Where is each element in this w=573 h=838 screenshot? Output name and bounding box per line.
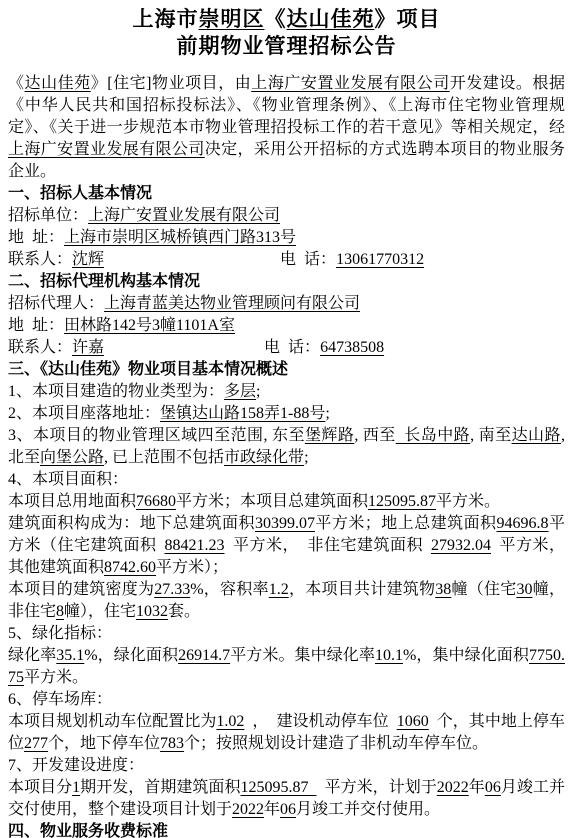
underlined-text: 1 [72, 779, 80, 796]
text-run: 平方米。 [24, 669, 88, 686]
underlined-text: 35.1 [56, 647, 84, 664]
underlined-text: 88421.23 [164, 537, 224, 554]
text-run: 平方米，计划于 [317, 779, 437, 796]
underlined-text: 277 [24, 735, 48, 752]
underlined-text: 市政绿化带 [224, 449, 304, 466]
paragraph: 3、本项目的物业管理区域四至范围, 东至堡辉路, 西至 长岛中路, 南至达山路,… [8, 425, 565, 469]
text-run: 平方米。 [436, 493, 500, 510]
document-body: 《达山佳苑》[住宅]物业项目，由上海广安置业发展有限公司开发建设。根据《中华人民… [8, 73, 565, 838]
text-run: 期开发，首期建筑面积 [80, 779, 240, 796]
text-run: 电 话： [280, 251, 336, 268]
text-run: 一、招标人基本情况 [8, 185, 152, 202]
underlined-text: 达山佳苑 [25, 75, 91, 92]
underlined-text: 8742.60 [104, 559, 156, 576]
text-run: 绿化率 [8, 647, 56, 664]
text-run: 幢（住宅 [451, 581, 516, 598]
underlined-text: 许嘉 [72, 339, 104, 356]
paragraph: 6、停车场库： [8, 689, 565, 711]
text-run: 6、停车场库： [8, 691, 112, 708]
text-run: 个，地下停车位 [48, 735, 160, 752]
text-run: 7、开发建设进度： [8, 757, 144, 774]
paragraph: 招标代理人：上海青蓝美达物业管理顾问有限公司 [8, 293, 565, 315]
text-run: 3、本项目的物业管理区域四至范围, 东至 [8, 427, 305, 444]
underlined-text: 达山路 [512, 427, 561, 444]
underlined-text: 30399.07 [255, 515, 315, 532]
section-heading: 三、《达山佳苑》物业项目基本情况概述 [8, 359, 565, 381]
paragraph: 本项目的建筑密度为27.33%，容积率1.2，本项目共计建筑物38幢（住宅30幢… [8, 579, 565, 623]
text-run: 本项目总用地面积 [8, 493, 136, 510]
text-run: 前期物业管理招标公告 [177, 34, 397, 58]
underlined-text: 64738508 [320, 339, 384, 356]
underlined-text: 125095.87 [368, 493, 436, 510]
underlined-text: 上海广安置业发展有限公司 [88, 207, 280, 224]
text-run: %，绿化面积 [84, 647, 178, 664]
text-run: 招标单位： [8, 207, 88, 224]
underlined-text: 1.2 [269, 581, 289, 598]
text-run: , 西至 [354, 427, 395, 444]
underlined-text: 长岛中路 [396, 427, 470, 444]
paragraph: 7、开发建设进度： [8, 755, 565, 777]
underlined-text: 沈辉 [72, 251, 104, 268]
underlined-text: 上海市崇明区城桥镇西门路313号 [64, 229, 296, 246]
text-run [104, 251, 280, 268]
underlined-text: 上海青蓝美达物业管理顾问有限公司 [104, 295, 360, 312]
text-run: ，本项目共计建筑物 [289, 581, 435, 598]
paragraph: 1、本项目建造的物业类型为：多层; [8, 381, 565, 403]
text-run: 建筑面积构成为：地下总建筑面积 [8, 515, 255, 532]
text-run: 2、本项目座落地址： [8, 405, 160, 422]
text-run: ; [325, 405, 329, 422]
text-run: 招标代理人： [8, 295, 104, 312]
underlined-text: 多层 [224, 383, 256, 400]
paragraph: 本项目总用地面积76680平方米；本项目总建筑面积125095.87平方米。 [8, 491, 565, 513]
text-run: 平方米， 非住宅建筑面积 [224, 537, 430, 554]
text-run: %，集中绿化面积 [403, 647, 529, 664]
title-line-2: 前期物业管理招标公告 [8, 33, 565, 60]
paragraph: 联系人：许嘉 电 话：64738508 [8, 337, 565, 359]
text-run: 本项目规划机动车位配置比为 [8, 713, 216, 730]
underlined-text: 崇明区 [199, 7, 265, 31]
underlined-text: 26914.7 [178, 647, 230, 664]
underlined-text: 1.02 [216, 713, 244, 730]
paragraph: 5、绿化指标： [8, 623, 565, 645]
text-run: 联系人： [8, 339, 72, 356]
document-title: 上海市崇明区《达山佳苑》项目 前期物业管理招标公告 [8, 6, 565, 60]
paragraph: 《达山佳苑》[住宅]物业项目，由上海广安置业发展有限公司开发建设。根据《中华人民… [8, 73, 565, 183]
text-run: 四、物业服务收费标准 [8, 823, 168, 838]
paragraph: 地 址：上海市崇明区城桥镇西门路313号 [8, 227, 565, 249]
text-run: 个；按照规划设计建造了非机动车停车位。 [184, 735, 488, 752]
paragraph: 本项目规划机动车位配置比为1.02 ， 建设机动停车位 1060 个，其中地上停… [8, 711, 565, 755]
section-heading: 四、物业服务收费标准 [8, 821, 565, 838]
text-run: ; [256, 383, 260, 400]
underlined-text: 2022 [437, 779, 469, 796]
text-run: 1、本项目建造的物业类型为： [8, 383, 224, 400]
text-run: 月竣工并交付使用。 [296, 801, 440, 818]
text-run: 《 [265, 7, 287, 31]
text-run: 本项目的建筑密度为 [8, 581, 154, 598]
underlined-text: 125095.87 [241, 779, 317, 796]
text-run: 上海市 [133, 7, 199, 31]
paragraph: 2、本项目座落地址：堡镇达山路158弄1-88号; [8, 403, 565, 425]
text-run: 三、《达山佳苑》物业项目基本情况概述 [8, 361, 288, 378]
underlined-text: 堡辉路 [305, 427, 354, 444]
paragraph: 招标单位：上海广安置业发展有限公司 [8, 205, 565, 227]
underlined-text: 06 [280, 801, 296, 818]
underlined-text: 94696.8 [497, 515, 549, 532]
text-run: 平方米）； [156, 559, 228, 576]
announcement-document: 上海市崇明区《达山佳苑》项目 前期物业管理招标公告 《达山佳苑》[住宅]物业项目… [0, 0, 573, 838]
text-run: 电 话： [264, 339, 320, 356]
text-run: 地 址： [8, 317, 64, 334]
text-run: 本项目分 [8, 779, 72, 796]
underlined-text: 达山佳苑 [287, 7, 375, 31]
underlined-text: 田林路142号3幢1101A室 [64, 317, 235, 334]
text-run [104, 339, 264, 356]
text-run: 《 [8, 75, 25, 92]
text-run: ， 建设机动停车位 [244, 713, 396, 730]
underlined-text: 10.1 [375, 647, 403, 664]
text-run: 地 址： [8, 229, 64, 246]
text-run: , 南至 [470, 427, 511, 444]
underlined-text: 8 [56, 603, 64, 620]
paragraph: 绿化率35.1%，绿化面积26914.7平方米。集中绿化率10.1%，集中绿化面… [8, 645, 565, 689]
title-line-1: 上海市崇明区《达山佳苑》项目 [8, 6, 565, 33]
underlined-text: 27.33 [154, 581, 190, 598]
underlined-text: 2022 [232, 801, 264, 818]
text-run: ; [304, 449, 308, 466]
text-run: 套。 [168, 603, 200, 620]
text-run: , 已上范围不包括 [104, 449, 224, 466]
underlined-text: 1032 [136, 603, 168, 620]
text-run: 》[住宅]物业项目，由 [91, 75, 252, 92]
underlined-text: 76680 [136, 493, 176, 510]
text-run: 幢），住宅 [64, 603, 136, 620]
section-heading: 一、招标人基本情况 [8, 183, 565, 205]
paragraph: 4、本项目面积： [8, 469, 565, 491]
underlined-text: 上海广安置业发展有限公司 [8, 141, 205, 158]
text-run: %，容积率 [190, 581, 269, 598]
underlined-text: 27932.04 [431, 537, 491, 554]
text-run: 》项目 [375, 7, 441, 31]
underlined-text: 38 [435, 581, 451, 598]
paragraph: 建筑面积构成为：地下总建筑面积30399.07平方米；地上总建筑面积94696.… [8, 513, 565, 579]
underlined-text: 堡镇达山路158弄1-88号 [160, 405, 325, 422]
text-run: 5、绿化指标： [8, 625, 112, 642]
section-heading: 二、招标代理机构基本情况 [8, 271, 565, 293]
paragraph: 联系人：沈辉 电 话：13061770312 [8, 249, 565, 271]
paragraph: 本项目分1期开发，首期建筑面积125095.87 平方米，计划于2022年06月… [8, 777, 565, 821]
underlined-text: 向堡公路 [40, 449, 104, 466]
text-run: 联系人： [8, 251, 72, 268]
underlined-text: 30 [516, 581, 532, 598]
text-run: 平方米；本项目总建筑面积 [176, 493, 368, 510]
underlined-text: 1060 [397, 713, 429, 730]
paragraph: 地 址：田林路142号3幢1101A室 [8, 315, 565, 337]
underlined-text: 上海广安置业发展有限公司 [251, 75, 449, 92]
underlined-text: 13061770312 [336, 251, 424, 268]
text-run: 年 [264, 801, 280, 818]
underlined-text: 783 [160, 735, 184, 752]
text-run: 4、本项目面积： [8, 471, 128, 488]
text-run: 二、招标代理机构基本情况 [8, 273, 200, 290]
text-run: 年 [469, 779, 485, 796]
text-run: 平方米。集中绿化率 [230, 647, 375, 664]
text-run: 平方米；地上总建筑面积 [315, 515, 497, 532]
underlined-text: 06 [485, 779, 501, 796]
